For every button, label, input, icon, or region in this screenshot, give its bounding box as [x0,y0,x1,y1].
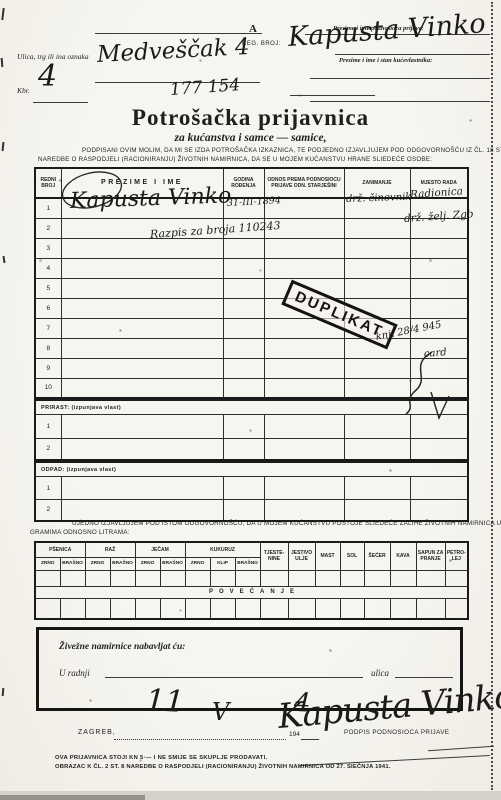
cell [364,598,390,619]
cell [264,415,344,439]
signature-underline [428,746,494,752]
row-number: 5 [35,278,61,298]
cell [264,258,344,278]
cell [264,500,344,521]
cell [344,500,410,521]
cell [264,238,344,258]
cell [223,318,264,338]
form-subtitle: za kućanstva i samce — samice, [0,132,501,144]
sub-brasno: BRAŠNO [235,557,260,570]
cell [344,278,410,298]
col-petrolej: PETRO-LEJ [445,542,468,570]
signature-caption: PODPIS PODNOSIOCA PRIJAVE [344,729,449,736]
cell [223,378,264,398]
cell [344,258,410,278]
cell [61,238,223,258]
group-psenica: PŠENICA [35,542,85,557]
hw-street-value: Medveščak 4 [96,36,250,67]
cell [344,238,410,258]
cell [160,598,185,619]
cell [445,598,468,619]
cell [235,570,260,586]
prirast-table: PRIRAST: (izpunjava vlast) 1 2 [34,399,469,461]
row-number: 6 [35,298,61,318]
cell [61,278,223,298]
group-jecam: JEČAM [135,542,185,557]
cell [61,439,223,460]
sub-brasno: BRAŠNO [60,557,85,570]
col-secer: ŠEĆER [364,542,390,570]
cell [61,477,223,500]
col-jestivo-ulje: JESTIVO ULJE [288,542,315,570]
cell [340,598,364,619]
cell [61,358,223,378]
cell [288,598,315,619]
hw-house-number: 4 [38,62,57,92]
rule [105,677,363,678]
scan-edge-mark [1,58,4,67]
cell [60,598,85,619]
cell [260,598,288,619]
cell [110,570,135,586]
cell [223,358,264,378]
sub-klip: KLIP [210,557,235,570]
hw-applicant-signature-top: Kapusta Vinko [287,10,486,51]
cell [264,338,344,358]
scanned-form-page: A REG. BROJ: Prezime i ime podnosioca pr… [0,0,501,800]
cell [35,598,60,619]
cell [185,598,210,619]
sub-zrno: ZRNO [35,557,60,570]
cell [85,570,110,586]
row-number: 8 [35,338,61,358]
cell [264,358,344,378]
cell [260,570,288,586]
supplies-intro-line-1: UJEDNO IZJAVLJUJEM POD ISTOM ODGOVORNOŠĆ… [72,520,501,527]
cell [61,318,223,338]
sub-zrno: ZRNO [185,557,210,570]
cell [110,598,135,619]
shop-label: U radnji [59,668,90,678]
cell [223,278,264,298]
cell [416,598,445,619]
rule [290,95,375,96]
cell [416,570,445,586]
cell [288,570,315,586]
cell [223,477,264,500]
col-sapun: SAPUN ZA PRANJE [416,542,445,570]
cell [235,598,260,619]
cell [223,500,264,521]
hw-row1-name: Kapusta Vinko [70,185,232,213]
cell [135,598,160,619]
intro-line-1: PODPISANI OVIM MOLIM, DA MI SE IZDA POTR… [82,147,501,154]
cell [135,570,160,586]
cell [410,477,468,500]
rule [335,54,490,55]
cell [61,298,223,318]
cell [210,570,235,586]
row-number: 2 [35,500,61,521]
row-number: 1 [35,415,61,439]
rule [310,78,490,79]
cell [160,570,185,586]
odpad-label: ODPAD: (izpunjava vlast) [35,462,468,477]
cell [445,570,468,586]
cell [185,570,210,586]
cell [223,258,264,278]
shop-street-label: ulica [371,668,389,678]
cell [410,439,468,460]
hw-date-day: 11 [145,686,185,718]
cell [344,439,410,460]
cell [410,238,468,258]
cell [340,570,364,586]
prirast-label: PRIRAST: (izpunjava vlast) [35,400,468,415]
row-number: 10 [35,378,61,398]
scan-edge-mark [3,256,6,263]
city-label: ZAGREB, [78,729,116,736]
cell [264,477,344,500]
cell [390,570,416,586]
paper-speckles [0,0,1,1]
cell [410,500,468,521]
row-number: 1 [35,477,61,500]
footnote-form-ref: OBRAZAC K ČL. 2 ST. 8 NAREDBE O RASPODJE… [55,764,391,770]
cell [35,570,60,586]
cell [223,238,264,258]
section-letter: A [249,23,257,35]
scan-bottom-strip [0,791,501,800]
supplies-table: PŠENICA RAŽ JEČAM KUKURUZ TJESTE-NINE JE… [34,541,469,620]
rule [395,677,453,678]
procurement-heading: Živežne namirnice nabavljat ću: [59,642,185,652]
cell [344,415,410,439]
cell [210,598,235,619]
cell [61,378,223,398]
hw-date-month: V [212,700,229,724]
footnote-price: OVA PRIJAVNICA STOJI KN 5·— I NE SMIJE S… [55,755,267,761]
sub-brasno: BRAŠNO [160,557,185,570]
house-number-label: Kbr. [17,86,30,95]
group-raz: RAŽ [85,542,135,557]
group-kukuruz: KUKURUZ [185,542,260,557]
col-tjestenine: TJESTE-NINE [260,542,288,570]
povecanje-band: POVEĆANJE [35,586,468,598]
row-number: 7 [35,318,61,338]
cell [61,258,223,278]
cell [390,598,416,619]
col-sol: SOL [340,542,364,570]
cell [410,258,468,278]
intro-line-2: NAREDBE O RASPODJELI (RACIONIRANJU) ŽIVO… [38,156,432,163]
cell [410,278,468,298]
supplies-intro-line-2: GRAMIMA ODNOSNO LITRAMA: [30,529,130,536]
cell [315,570,340,586]
cell [364,570,390,586]
cell [264,439,344,460]
cell [264,378,344,398]
cell [410,415,468,439]
row-number: 3 [35,238,61,258]
rule [33,102,88,103]
cell [223,338,264,358]
col-mast: MAST [315,542,340,570]
cell [60,570,85,586]
house-owner-label: Prezime i ime i stan kućevlastnika: [339,57,432,64]
col-kava: KAVA [390,542,416,570]
scan-edge-mark [2,688,5,696]
cell [85,598,110,619]
cell [315,598,340,619]
rule [310,101,490,102]
cell [223,298,264,318]
row-number: 4 [35,258,61,278]
cell [344,477,410,500]
sub-zrno: ZRNO [135,557,160,570]
col-header-odnos: ODNOS PREMA PODNOSIOCU PRIJAVE ODN. STAR… [264,168,344,198]
sub-brasno: BRAŠNO [110,557,135,570]
rule [301,739,319,740]
row-number: 2 [35,218,61,238]
sub-zrno: ZRNO [85,557,110,570]
row-number: 9 [35,358,61,378]
cell [61,500,223,521]
scan-edge-mark [1,8,4,20]
form-title: Potrošačka prijavnica [0,105,501,131]
row-number: 2 [35,439,61,460]
hw-reg-number: 177 154 [169,77,240,99]
cell [410,298,468,318]
cell [344,218,410,238]
odpad-table: ODPAD: (izpunjava vlast) 1 2 [34,461,469,522]
cell [61,338,223,358]
rule [114,739,286,740]
cell [223,439,264,460]
cell [61,415,223,439]
cell [223,415,264,439]
